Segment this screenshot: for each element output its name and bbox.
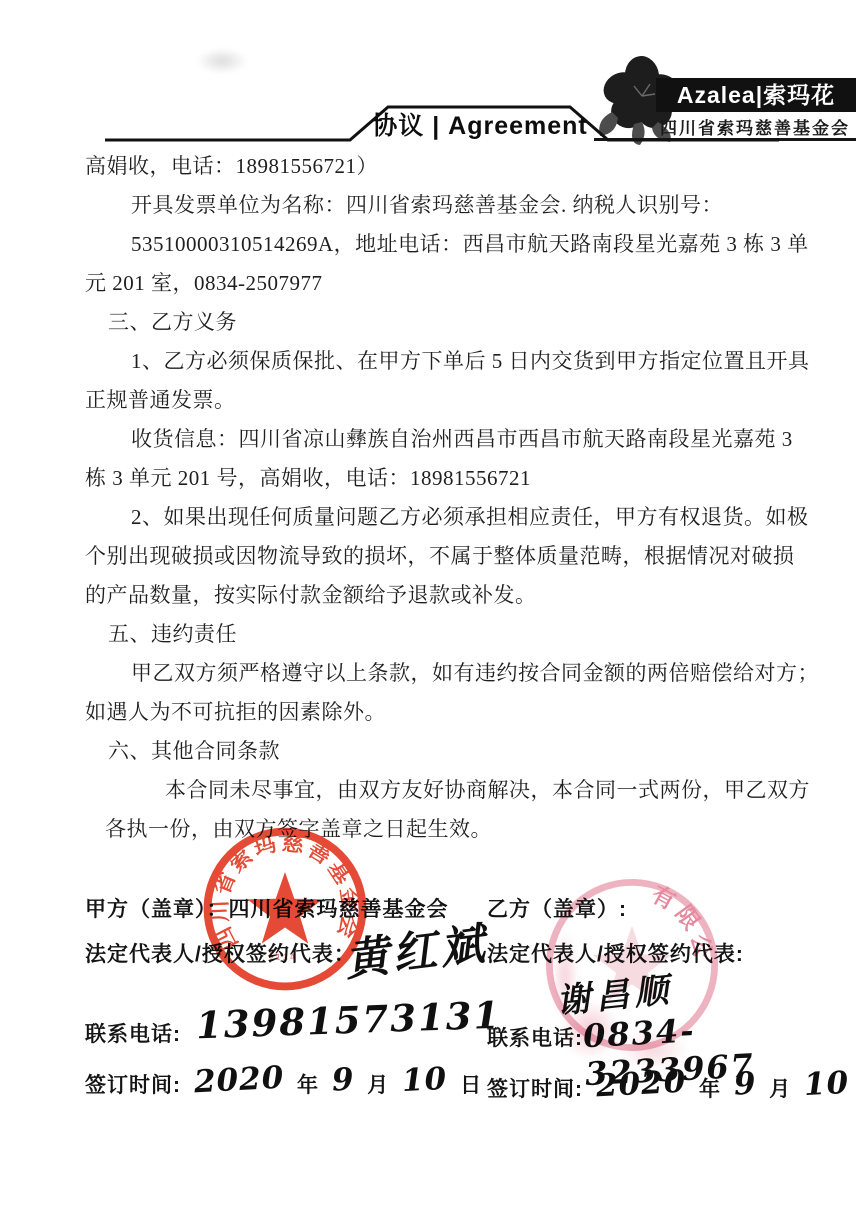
body-line: 本合同未尽事宜，由双方友好协商解决，本合同一式两份，甲乙双方 xyxy=(85,771,797,810)
body-line: 高娟收，电话：18981556721） xyxy=(85,147,797,186)
page-title: 协议 | Agreement xyxy=(347,106,613,142)
body-line: 2、如果出现任何质量问题乙方必须承担相应责任，甲方有权退货。如极 xyxy=(85,498,797,537)
month-unit: 月 xyxy=(367,1074,389,1097)
party-b-seal: 有限公 xyxy=(540,873,724,1057)
party-a-seal: 四川省索玛慈善基金会 5134 xyxy=(197,821,373,997)
month-unit: 月 xyxy=(769,1078,791,1101)
contract-body: 高娟收，电话：18981556721） 开具发票单位为名称：四川省索玛慈善基金会… xyxy=(85,147,797,849)
party-b-date-label: 签订时间: xyxy=(487,1078,583,1101)
body-line: 甲乙双方须严格遵守以上条款，如有违约按合同金额的两倍赔偿给对方； xyxy=(85,654,797,693)
body-line: 53510000310514269A，地址电话：西昌市航天路南段星光嘉苑 3 栋… xyxy=(85,225,797,264)
svg-text:5134: 5134 xyxy=(268,950,299,963)
title-banner: 协议 | Agreement xyxy=(103,100,781,144)
body-line: 正规普通发票。 xyxy=(85,381,797,420)
party-a-date-month: 9 xyxy=(331,1061,355,1098)
party-a-seal-code: 5134 xyxy=(268,950,299,963)
party-a-phone-label: 联系电话: xyxy=(85,1018,181,1048)
party-b-date-day: 10 xyxy=(803,1065,850,1103)
section-heading: 三、乙方义务 xyxy=(85,303,797,342)
body-line: 收货信息：四川省凉山彝族自治州西昌市西昌市航天路南段星光嘉苑 3 xyxy=(85,420,797,459)
body-line: 各执一份，由双方签字盖章之日起生效。 xyxy=(85,810,797,849)
body-line: 的产品数量，按实际付款金额给予退款或补发。 xyxy=(85,576,797,615)
body-line: 个别出现破损或因物流导致的损坏，不属于整体质量范畴，根据情况对破损 xyxy=(85,537,797,576)
svg-text:有限公: 有限公 xyxy=(647,881,717,965)
section-heading: 五、违约责任 xyxy=(85,615,797,654)
party-a-date-day: 10 xyxy=(401,1061,448,1099)
party-b-seal-ring-text: 有限公 xyxy=(647,881,717,965)
body-line: 栋 3 单元 201 号，高娟收，电话：18981556721 xyxy=(85,459,797,498)
party-a-date-row: 签订时间: 2020 年 9 月 10 日 xyxy=(85,1064,482,1100)
year-unit: 年 xyxy=(699,1078,721,1101)
day-unit: 日 xyxy=(460,1074,482,1097)
section-heading: 六、其他合同条款 xyxy=(85,732,797,771)
body-line: 开具发票单位为名称：四川省索玛慈善基金会. 纳税人识别号： xyxy=(85,186,797,225)
party-a-date-label: 签订时间: xyxy=(85,1074,181,1097)
party-b-date-month: 9 xyxy=(733,1065,757,1102)
body-line: 如遇人为不可抗拒的因素除外。 xyxy=(85,693,797,732)
party-a-phone-value: 13981573131 xyxy=(195,993,502,1048)
body-line: 1、乙方必须保质保批、在甲方下单后 5 日内交货到甲方指定位置且开具 xyxy=(85,342,797,381)
year-unit: 年 xyxy=(297,1074,319,1097)
party-b-date-row: 签订时间: 2020 年 9 月 10 日 xyxy=(487,1068,860,1104)
body-line: 元 201 室，0834-2507977 xyxy=(85,264,797,303)
party-a-date-year: 2020 xyxy=(193,1060,285,1101)
scan-smudge xyxy=(196,48,248,74)
